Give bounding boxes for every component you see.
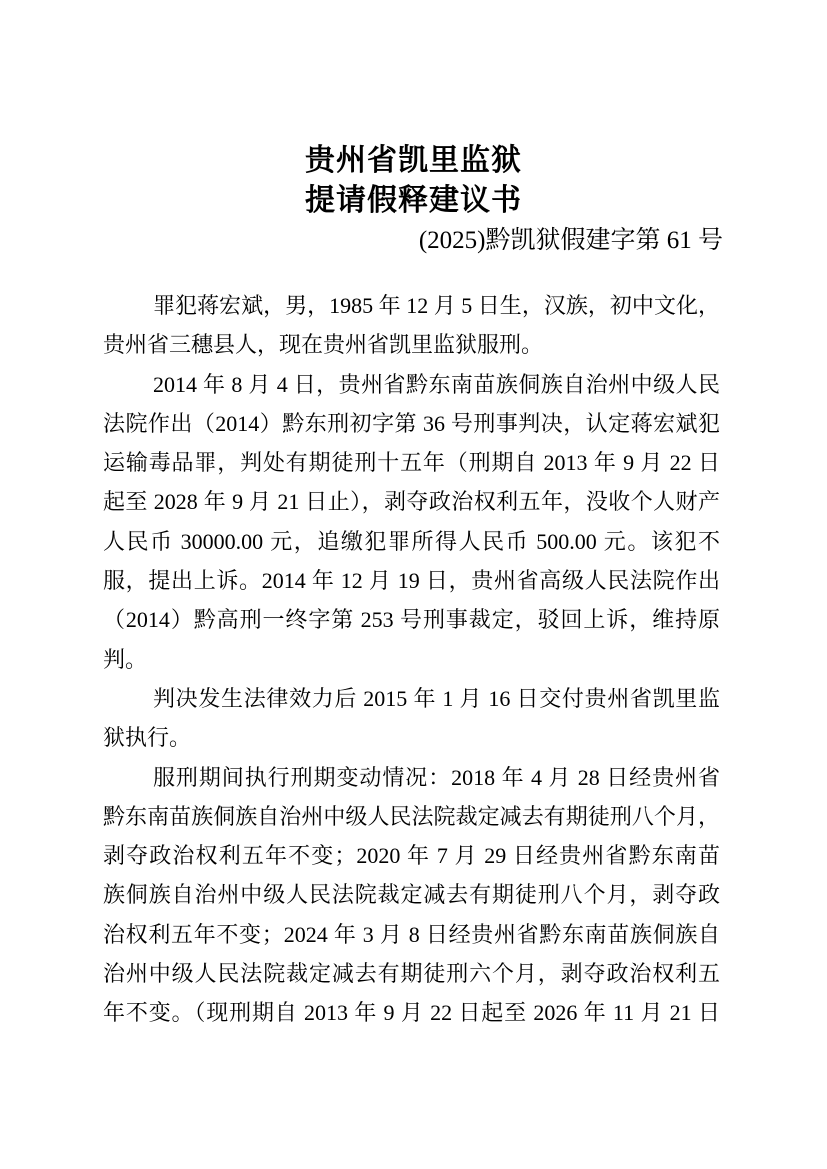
text-line: 运输毒品罪，判处有期徒刑十五年（刑期自 2013 年 9 月 22 日	[103, 443, 720, 482]
text-line: 判决发生法律效力后 2015 年 1 月 16 日交付贵州省凯里监	[103, 679, 720, 718]
text-line: 服刑期间执行刑期变动情况：2018 年 4 月 28 日经贵州省	[103, 758, 720, 797]
text-line: （2014）黔高刑一终字第 253 号刑事裁定，驳回上诉，维持原	[103, 600, 720, 639]
text-line: 治权利五年不变；2024 年 3 月 8 日经贵州省黔东南苗族侗族自	[103, 915, 720, 954]
text-line: 治州中级人民法院裁定减去有期徒刑六个月，剥夺政治权利五	[103, 954, 720, 993]
text-line: 2014 年 8 月 4 日，贵州省黔东南苗族侗族自治州中级人民	[103, 365, 720, 404]
title-line-doctype: 提请假释建议书	[0, 181, 827, 221]
paragraph: 2014 年 8 月 4 日，贵州省黔东南苗族侗族自治州中级人民法院作出（201…	[103, 365, 720, 679]
document-page: 贵州省凯里监狱 提请假释建议书 (2025)黔凯狱假建字第 61 号 罪犯蒋宏斌…	[0, 0, 827, 1169]
text-line: 狱执行。	[103, 718, 720, 757]
text-line: 黔东南苗族侗族自治州中级人民法院裁定减去有期徒刑八个月，	[103, 797, 720, 836]
document-number: (2025)黔凯狱假建字第 61 号	[0, 221, 827, 260]
paragraph: 服刑期间执行刑期变动情况：2018 年 4 月 28 日经贵州省黔东南苗族侗族自…	[103, 758, 720, 1033]
paragraph: 罪犯蒋宏斌，男，1985 年 12 月 5 日生，汉族，初中文化，贵州省三穗县人…	[103, 286, 720, 365]
text-line: 族侗族自治州中级人民法院裁定减去有期徒刑八个月，剥夺政	[103, 875, 720, 914]
document-title: 贵州省凯里监狱 提请假释建议书	[0, 141, 827, 221]
text-line: 起至 2028 年 9 月 21 日止），剥夺政治权利五年，没收个人财产	[103, 482, 720, 521]
text-line: 判。	[103, 640, 720, 679]
document-body: 罪犯蒋宏斌，男，1985 年 12 月 5 日生，汉族，初中文化，贵州省三穗县人…	[0, 286, 827, 1033]
text-line: 贵州省三穗县人，现在贵州省凯里监狱服刑。	[103, 325, 720, 364]
text-line: 罪犯蒋宏斌，男，1985 年 12 月 5 日生，汉族，初中文化，	[103, 286, 720, 325]
text-line: 剥夺政治权利五年不变；2020 年 7 月 29 日经贵州省黔东南苗	[103, 836, 720, 875]
text-line: 服，提出上诉。2014 年 12 月 19 日，贵州省高级人民法院作出	[103, 561, 720, 600]
text-line: 法院作出（2014）黔东刑初字第 36 号刑事判决，认定蒋宏斌犯	[103, 404, 720, 443]
paragraph: 判决发生法律效力后 2015 年 1 月 16 日交付贵州省凯里监狱执行。	[103, 679, 720, 758]
title-line-prison: 贵州省凯里监狱	[0, 141, 827, 181]
text-line: 年不变。（现刑期自 2013 年 9 月 22 日起至 2026 年 11 月 …	[103, 993, 720, 1032]
text-line: 人民币 30000.00 元，追缴犯罪所得人民币 500.00 元。该犯不	[103, 522, 720, 561]
